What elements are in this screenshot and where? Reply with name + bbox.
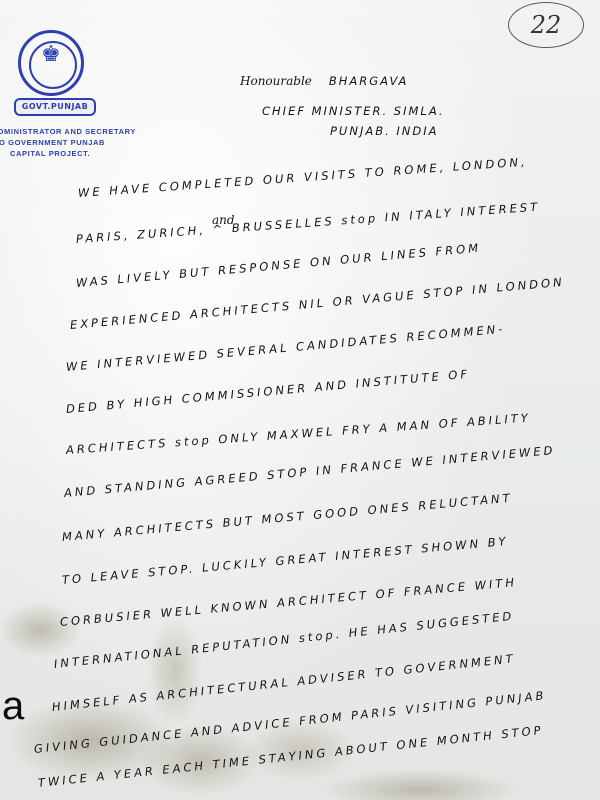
margin-mark: a (2, 686, 24, 726)
recipient-name: BHARGAVA (329, 74, 409, 88)
letterhead-text: ADMINISTRATOR AND SECRETARY TO GOVERNMEN… (0, 126, 136, 159)
letterhead-line: TO GOVERNMENT PUNJAB (0, 137, 136, 148)
government-seal: ♚ (18, 30, 84, 96)
salutation: Honourable (240, 74, 312, 88)
address-line: PUNJAB. INDIA (330, 124, 439, 138)
letterhead-line: ADMINISTRATOR AND SECRETARY (0, 126, 136, 137)
page-number: 22 (508, 2, 584, 48)
emblem-icon: ♚ (21, 43, 81, 67)
seal-banner: GOVT.PUNJAB (14, 98, 96, 116)
address-line: Honourable BHARGAVA (240, 74, 408, 88)
letterhead-line: CAPITAL PROJECT. (10, 148, 136, 159)
address-line: CHIEF MINISTER. SIMLA. (262, 104, 445, 118)
